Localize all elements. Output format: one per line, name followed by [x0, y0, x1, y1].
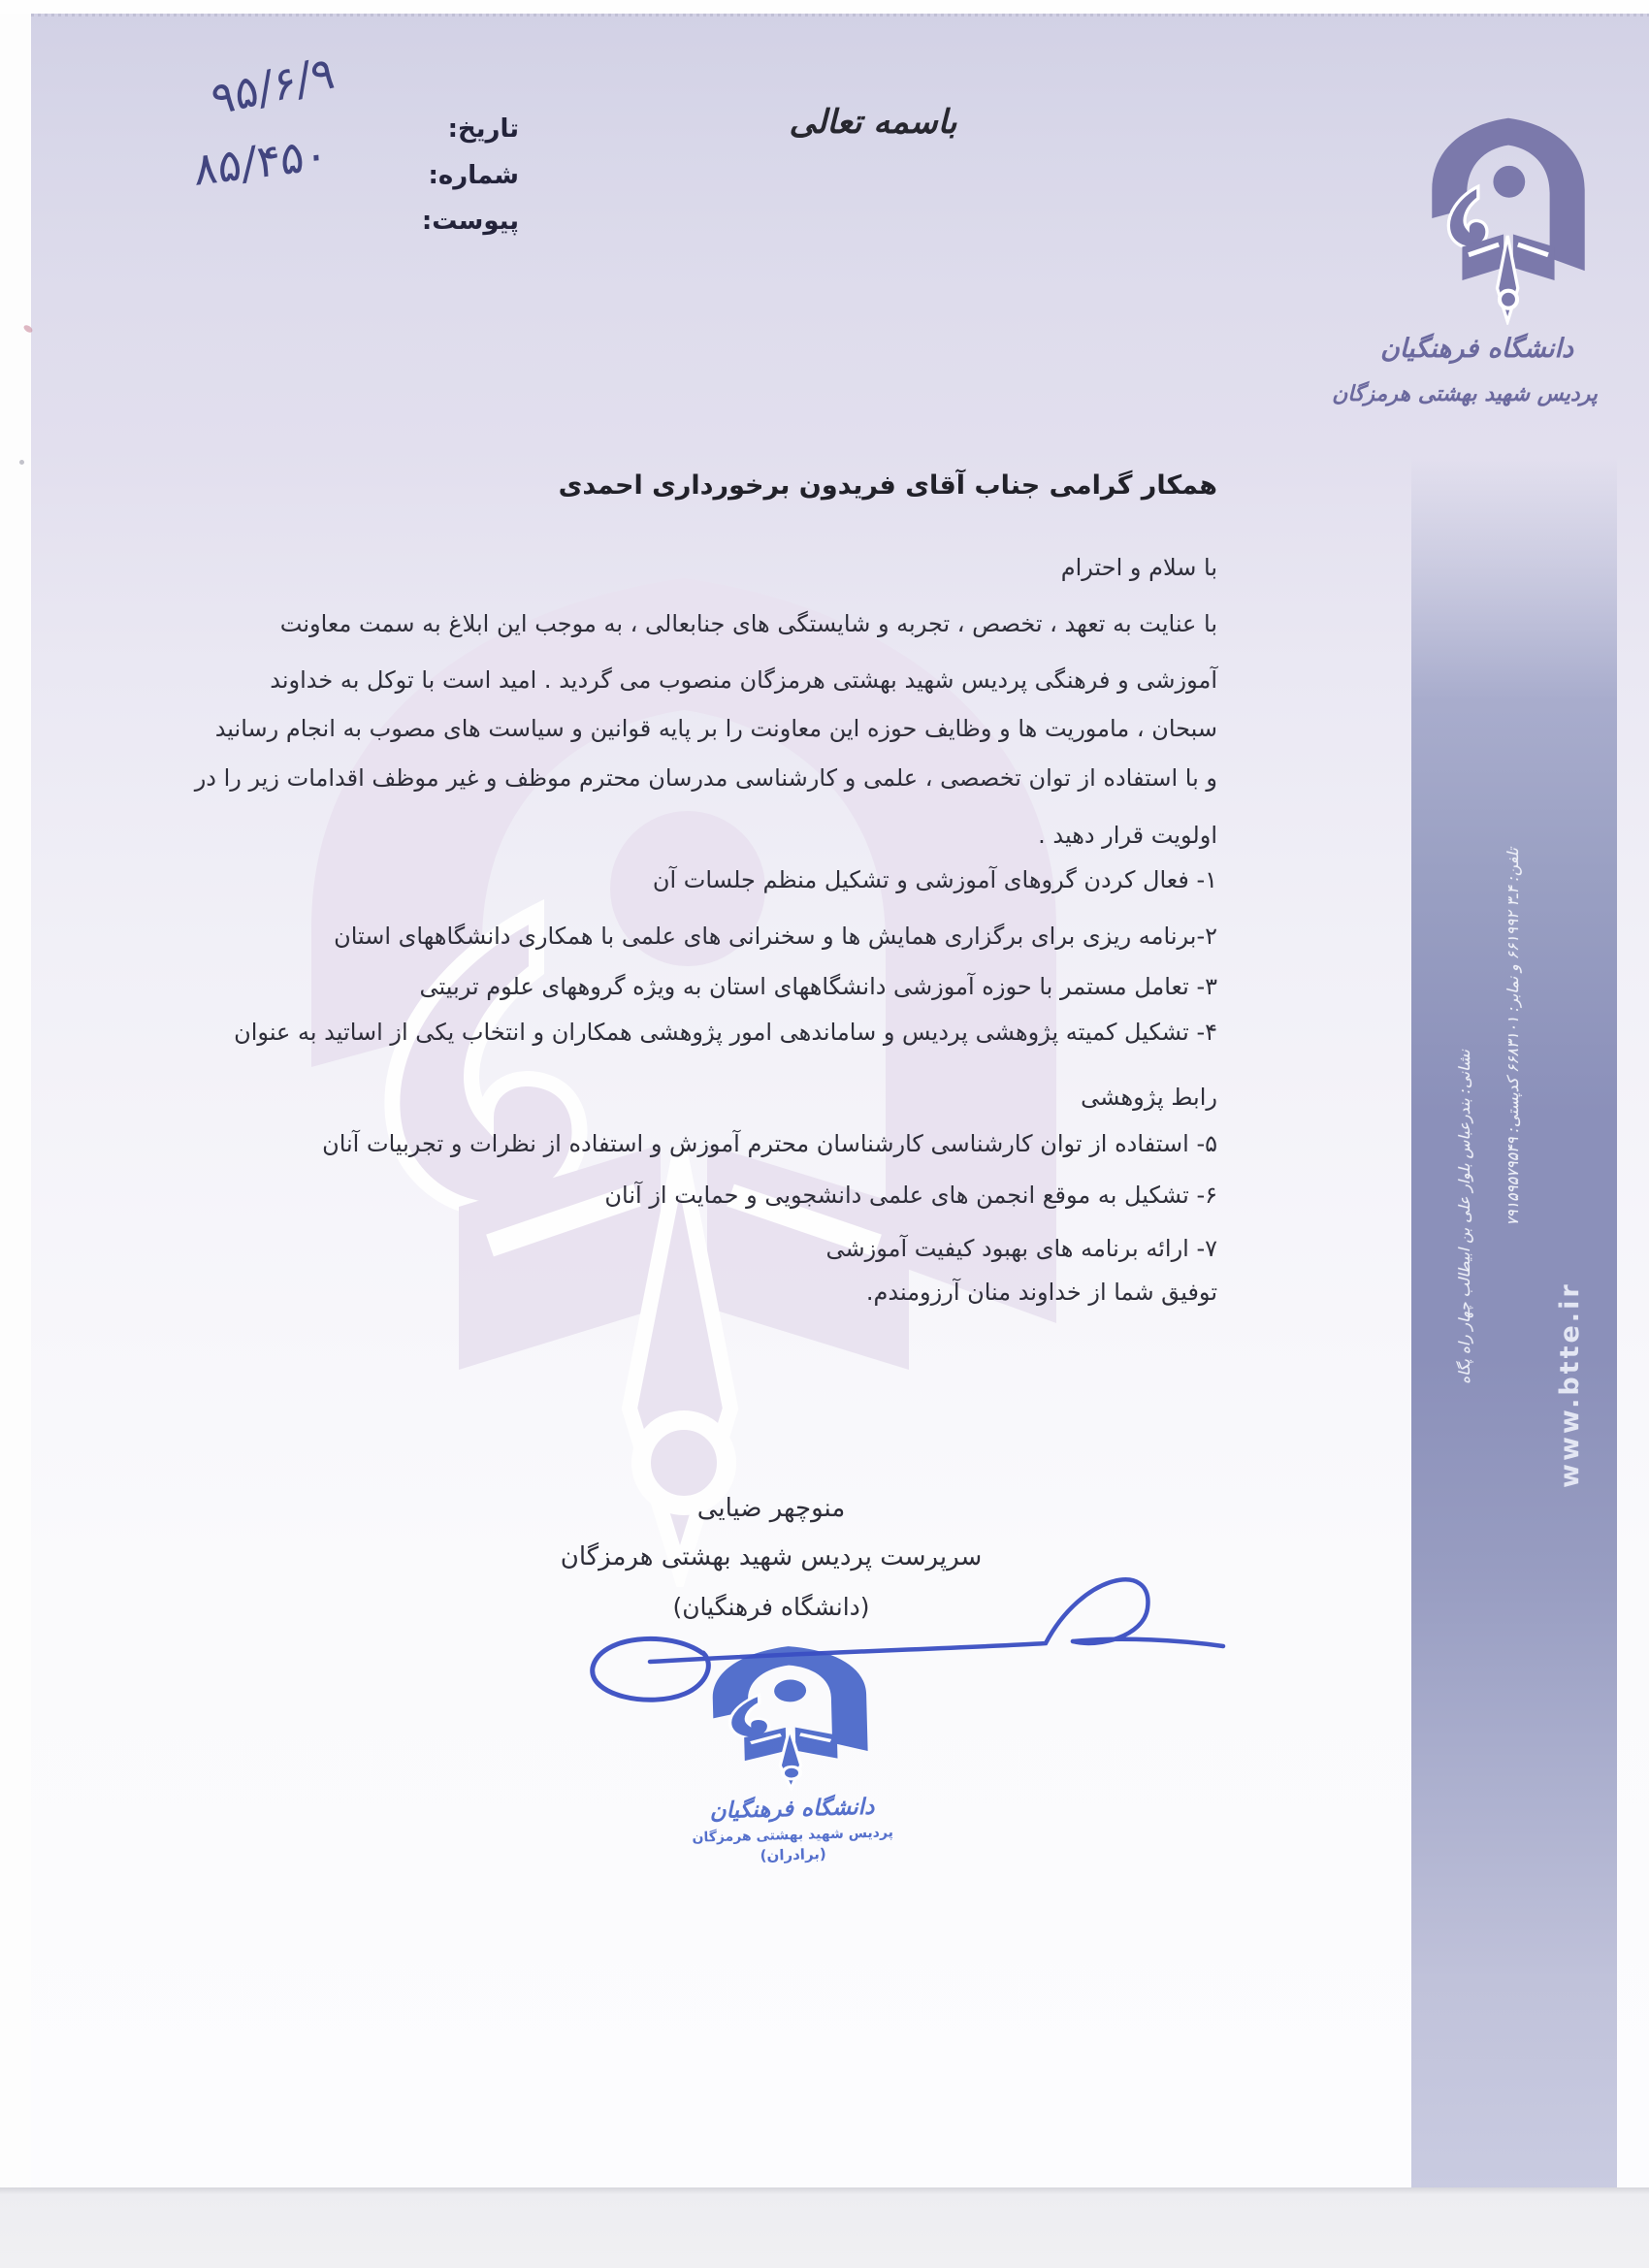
scanned-letter-page: تاریخ: شماره: پیوست: ۹۵/۶/۹ ۸۵/۴۵۰ باسمه…	[0, 0, 1649, 2268]
scanner-top-margin	[0, 0, 1649, 14]
action-item: ۳- تعامل مستمر با حوزه آموزشی دانشگاههای…	[420, 972, 1217, 1001]
signer-name: منوچهر ضیایی	[524, 1494, 1018, 1523]
sidebar-website: www.btte.ir	[1556, 1061, 1585, 1488]
body-line: با عنایت به تعهد ، تخصص ، تجربه و شایستگ…	[280, 609, 1217, 638]
salutation: همکار گرامی جناب آقای فریدون برخورداری ا…	[559, 470, 1217, 502]
attachment-label: پیوست:	[422, 207, 519, 237]
scanner-bottom-margin	[0, 2187, 1649, 2268]
number-label: شماره:	[429, 161, 519, 191]
scan-speck	[19, 460, 24, 465]
body-line: اولویت قرار دهید .	[1038, 821, 1217, 850]
action-item: ۵- استفاده از توان کارشناسی کارشناسان مح…	[322, 1129, 1217, 1158]
scan-top-edge	[31, 14, 1649, 16]
campus-name: پردیس شهید بهشتی هرمزگان	[1314, 382, 1615, 406]
body-line: سبحان ، ماموریت ها و وظایف حوزه این معاو…	[215, 714, 1217, 743]
action-item: ۲-برنامه ریزی برای برگزاری همایش ها و سخ…	[334, 922, 1217, 951]
scanner-left-margin	[0, 0, 31, 2268]
handwritten-signature	[504, 1533, 1261, 1756]
university-logo-icon	[1429, 116, 1588, 325]
action-item: ۴- تشکیل کمیته پژوهشی پردیس و ساماندهی ا…	[234, 1018, 1217, 1047]
stamp-university: دانشگاه فرهنگیان	[622, 1792, 962, 1826]
action-item: ۷- ارائه برنامه های بهبود کیفیت آموزشی	[826, 1234, 1218, 1263]
bismillah: باسمه تعالی	[747, 103, 999, 142]
action-item: ۶- تشکیل به موقع انجمن های علمی دانشجویی…	[604, 1181, 1217, 1210]
body-line: آموزشی و فرهنگی پردیس شهید بهشتی هرمزگان…	[270, 665, 1217, 695]
action-item: رابط پژوهشی	[1081, 1083, 1217, 1112]
sidebar-address: نشانی: بندرعباس بلوار علی بن ابیطالب چها…	[1457, 1050, 1473, 1593]
date-label: تاریخ:	[448, 114, 519, 145]
greeting: با سلام و احترام	[1061, 553, 1217, 582]
action-item: ۱- فعال کردن گروهای آموزشی و تشکیل منظم …	[653, 865, 1217, 894]
body-line: و با استفاده از توان تخصصی ، علمی و کارش…	[195, 763, 1217, 793]
sidebar-phone-fax: تلفن: ۴ـ۳ ۶۶۱۹۹۲ و نمابر: ۶۶۸۳۱۰۱ کدپستی…	[1505, 848, 1522, 1478]
university-name: دانشگاه فرهنگیان	[1353, 334, 1600, 364]
closing-line: توفیق شما از خداوند منان آرزومندم.	[866, 1278, 1217, 1307]
